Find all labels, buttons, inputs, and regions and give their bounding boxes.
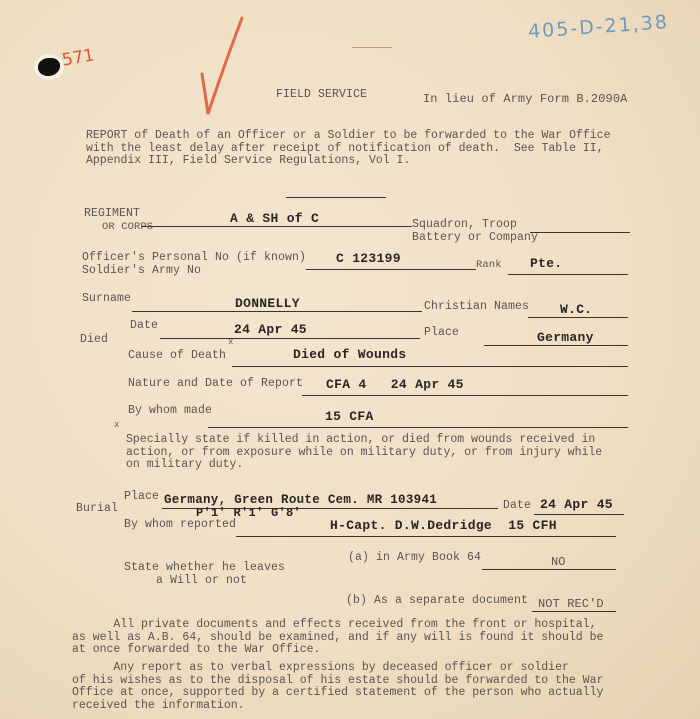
reported-by-value: H-Capt. D.W.Dedridge 15 CFH xyxy=(330,518,557,533)
surname-line xyxy=(132,311,422,312)
rank-value: Pte. xyxy=(530,256,562,271)
rank-line xyxy=(508,274,628,275)
report-label: Nature and Date of Report xyxy=(128,377,303,390)
red-checkmark-icon xyxy=(196,14,246,118)
personal-no-label: Officer's Personal No (if known) xyxy=(82,251,306,264)
x-mark: x xyxy=(228,337,234,347)
rank-label: Rank xyxy=(476,259,502,271)
corps-label: OR CORPS xyxy=(102,221,153,233)
will-a-label: (a) in Army Book 64 xyxy=(348,551,481,564)
squadron-label: Squadron, Troop xyxy=(412,218,517,231)
christian-names-label: Christian Names xyxy=(424,300,529,313)
specially-state-note: Specially state if killed in action, or … xyxy=(126,434,602,472)
reported-by-label: By whom reported xyxy=(124,518,236,531)
x-mark-2: x xyxy=(114,420,120,430)
date-line xyxy=(160,338,420,339)
cause-value: Died of Wounds xyxy=(293,347,406,362)
reported-by-line xyxy=(236,536,616,537)
surname-value: DONNELLY xyxy=(235,296,300,311)
blue-file-reference: 405-D-21,38 xyxy=(527,11,669,43)
regiment-value: A & SH of C xyxy=(230,211,319,226)
will-b-label: (b) As a separate document xyxy=(346,594,528,607)
christian-names-line xyxy=(528,317,628,318)
death-date-value: 24 Apr 45 xyxy=(234,322,307,337)
report-line xyxy=(302,395,628,396)
by-whom-made-label: By whom made xyxy=(128,404,212,417)
place-line xyxy=(484,345,628,346)
will-b-value: NOT REC'D xyxy=(538,597,604,611)
will-label-line2: a Will or not xyxy=(156,574,247,587)
battery-label: Battery or Company xyxy=(412,231,538,244)
army-no-label: Soldier's Army No xyxy=(82,264,201,277)
by-whom-made-value: 15 CFA xyxy=(325,409,374,424)
burial-place-value: Germany, Green Route Cem. MR 103941 xyxy=(164,493,437,507)
will-a-line xyxy=(482,569,616,570)
will-a-value: NO xyxy=(551,555,566,569)
cause-line xyxy=(232,366,628,367)
army-no-value: C 123199 xyxy=(336,251,401,266)
footer-paragraph-1: All private documents and effects receiv… xyxy=(72,619,603,657)
date-label: Date xyxy=(130,319,158,332)
burial-label: Burial xyxy=(76,502,118,515)
christian-names-value: W.C. xyxy=(560,302,592,317)
form-reference: In lieu of Army Form B.2090A xyxy=(423,92,627,106)
regiment-line xyxy=(142,226,412,227)
burial-date-line xyxy=(534,514,624,515)
form-title: FIELD SERVICE xyxy=(276,88,367,101)
intro-paragraph: REPORT of Death of an Officer or a Soldi… xyxy=(86,130,611,168)
place-label: Place xyxy=(424,326,459,339)
divider xyxy=(286,197,386,198)
army-no-line xyxy=(306,269,476,270)
regiment-label: REGIMENT xyxy=(84,207,140,220)
will-label-line1: State whether he leaves xyxy=(124,561,285,574)
death-place-value: Germany xyxy=(537,330,594,345)
burial-place-label: Place xyxy=(124,490,159,503)
paper-mark xyxy=(352,47,392,48)
died-label: Died xyxy=(80,333,108,346)
squadron-line xyxy=(530,232,630,233)
report-value: CFA 4 24 Apr 45 xyxy=(326,377,464,392)
burial-date-value: 24 Apr 45 xyxy=(540,497,613,512)
red-handwritten-number: 571 xyxy=(61,45,96,70)
burial-date-label: Date xyxy=(503,499,531,512)
cause-label: Cause of Death xyxy=(128,349,226,362)
footer-paragraph-2: Any report as to verbal expressions by d… xyxy=(72,662,603,712)
surname-label: Surname xyxy=(82,292,131,305)
by-whom-made-line xyxy=(208,427,628,428)
will-b-line xyxy=(532,611,616,612)
